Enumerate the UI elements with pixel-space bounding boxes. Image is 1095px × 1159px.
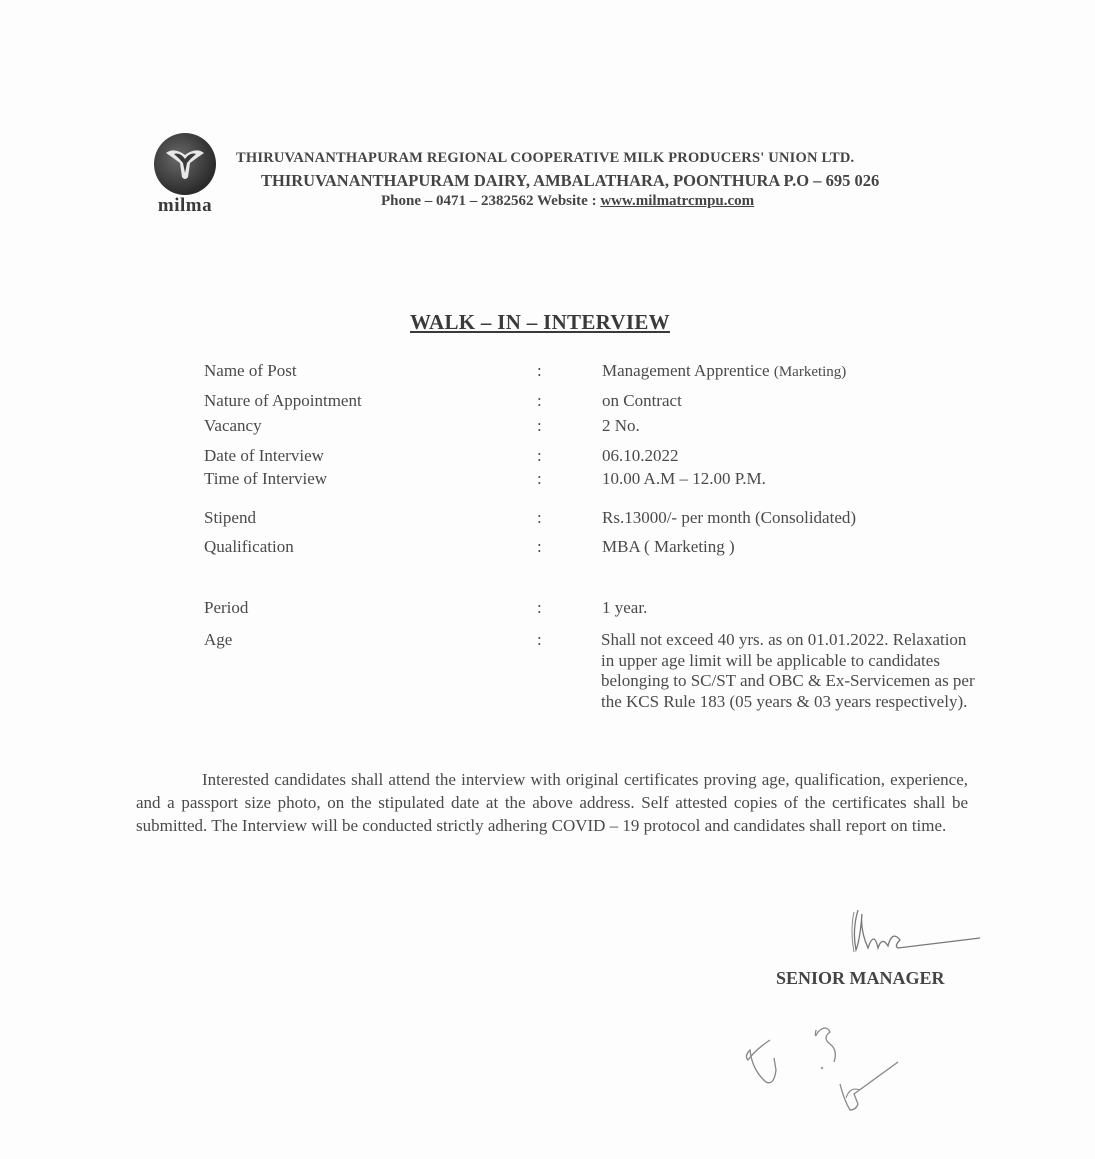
label-name-of-post: Name of Post [204,361,297,381]
label-period: Period [204,598,248,618]
separator: : [537,416,542,436]
website-link[interactable]: www.milmatrcmpu.com [600,193,754,209]
separator: : [537,508,542,528]
label-nature-of-appointment: Nature of Appointment [204,391,362,411]
value-age: Shall not exceed 40 yrs. as on 01.01.202… [601,630,981,712]
separator: : [537,446,542,466]
value-date-of-interview: 06.10.2022 [602,446,679,466]
signatory-designation: SENIOR MANAGER [776,968,945,989]
label-time-of-interview: Time of Interview [204,469,327,489]
label-age: Age [204,630,232,650]
separator: : [537,469,542,489]
org-contact: Phone – 0471 – 2382562 Website : www.mil… [381,193,754,210]
label-vacancy: Vacancy [204,416,262,436]
value-stipend: Rs.13000/- per month (Consolidated) [602,508,856,528]
value-name-of-post: Management Apprentice (Marketing) [602,361,846,381]
instructions-paragraph: Interested candidates shall attend the i… [136,768,968,837]
value-period: 1 year. [602,598,647,618]
post-name: Management Apprentice [602,361,770,380]
contact-phone: Phone – 0471 – 2382562 Website : [381,193,600,209]
label-date-of-interview: Date of Interview [204,446,324,466]
value-qualification: MBA ( Marketing ) [602,537,735,557]
milma-emblem-icon [154,133,216,195]
page-title: WALK – IN – INTERVIEW [410,310,670,335]
separator: : [537,361,542,381]
milma-logo: milma [140,133,230,217]
value-vacancy: 2 No. [602,416,640,436]
separator: : [537,630,542,650]
label-qualification: Qualification [204,537,294,557]
post-suffix: (Marketing) [774,364,846,380]
org-name: THIRUVANANTHAPURAM REGIONAL COOPERATIVE … [236,150,854,167]
instructions-text: Interested candidates shall attend the i… [136,770,968,835]
value-nature-of-appointment: on Contract [602,391,682,411]
separator: : [537,391,542,411]
value-time-of-interview: 10.00 A.M – 12.00 P.M. [602,469,766,489]
logo-text: milma [140,195,230,217]
signature [840,900,990,965]
separator: : [537,598,542,618]
org-address: THIRUVANANTHAPURAM DAIRY, AMBALATHARA, P… [261,171,879,191]
label-stipend: Stipend [204,508,256,528]
handwritten-initials [730,1010,930,1125]
separator: : [537,537,542,557]
